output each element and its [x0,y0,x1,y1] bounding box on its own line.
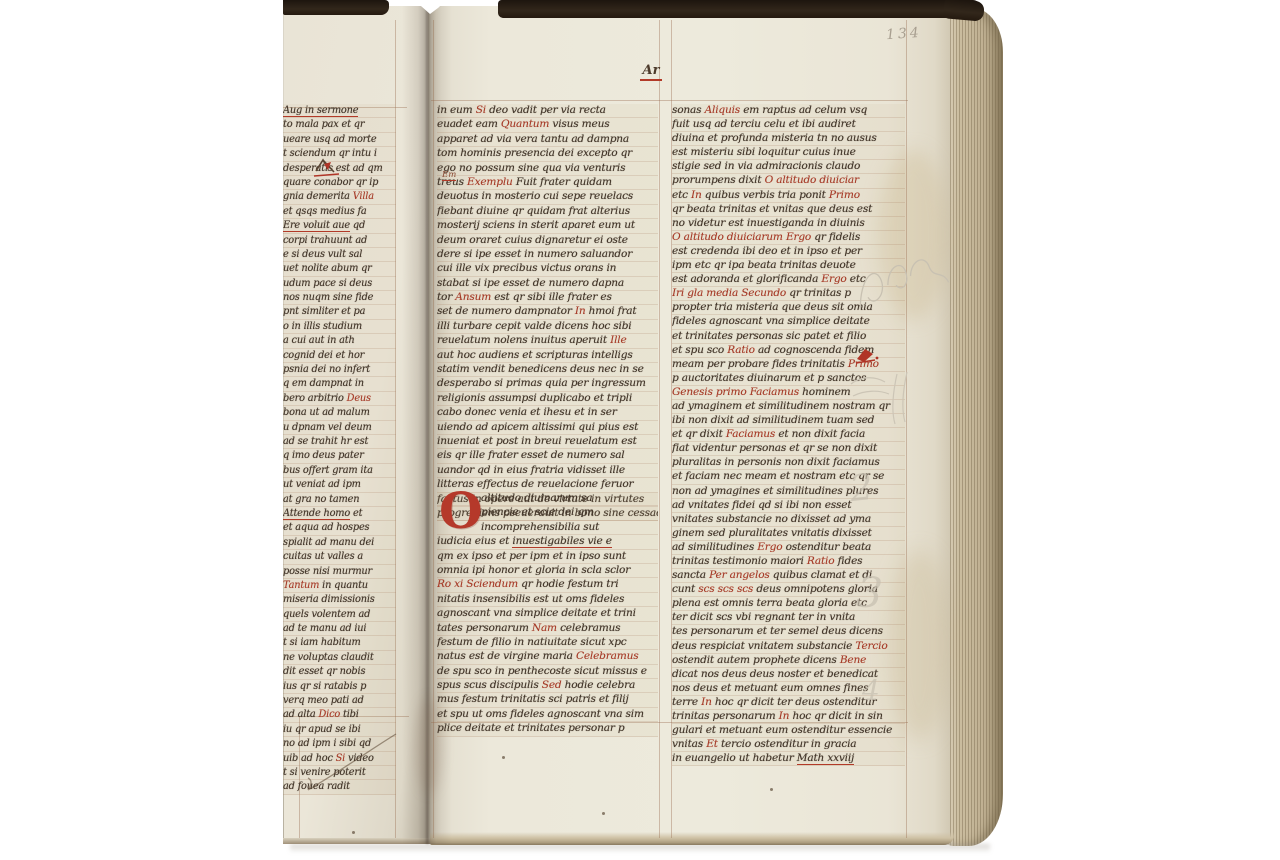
manuscript-text-line: Ro xi Sciendum qr hodie festum tri [437,578,658,592]
manuscript-text-line: deuotus in mosterio cui sepe reuelacs [437,190,658,204]
binding-cover-top-right [498,0,980,18]
manuscript-text-line: corpi trahuunt ad [283,234,396,248]
book-fore-edge [941,8,1003,846]
manuscript-text-line: treus Exemplu Fuit frater quidam [437,176,658,190]
binding-cover-corner [943,0,985,22]
manuscript-text-line: ad te manu ad iui [283,622,396,636]
verso-text-column: Aug in sermoneto mala pax et qrueare usq… [283,104,396,795]
manuscript-text-line: posse nisi murmur [283,565,396,579]
binding-cover-top-left [283,0,389,15]
manuscript-text-line: fuit usq ad terciu celu et ibi audiret [672,118,905,132]
manuscript-text-line: set de numero dampnator In hmoi frat [437,305,658,319]
manuscript-text-line: stabat si ipe esset de numero dapna [437,277,658,291]
manuscript-text-line: ego no possum sine qua via venturis [437,162,658,176]
manuscript-text-line: et aqua ad hospes [283,521,396,535]
manuscript-photo: Ar 134 Aug in sermoneto mala pax et qrue… [0,0,1280,860]
manuscript-text-line: tes personarum et ter semel deus dicens [672,625,905,639]
manuscript-text-line: to mala pax et qr [283,118,396,132]
verso-margin-paraph-icon [312,156,348,180]
manuscript-text-line: q em dampnat in [283,377,396,391]
manuscript-text-line: ius qr si ratabis p [283,680,396,694]
manuscript-text-line: agnoscant vna simplice deitate et trini [437,607,658,621]
manuscript-text-line: quels volentem ad [283,608,396,622]
manuscript-text-line: Ere voluit aue qd [283,219,396,233]
manuscript-text-line: ad alta Dico tibi [283,708,396,722]
manuscript-text-line: Aug in sermone [283,104,396,118]
manuscript-text-line: bero arbitrio Deus [283,392,396,406]
red-nota-mark-icon [854,346,880,368]
manuscript-text-line: tor Ansum est qr sibi ille frater es [437,291,658,305]
manuscript-text-line: natus est de virgine maria Celebramus [437,650,658,664]
manuscript-text-line: ne voluptas claudit [283,651,396,665]
manuscript-text-line: in euangelio ut habetur Math xxviij [672,752,905,766]
folio-number: 134 [885,25,922,43]
manuscript-text-line: sonas Aliquis em raptus ad celum vsq [672,104,905,118]
manuscript-text-line: mosterij sciens in sterit aparet eum ut [437,219,658,233]
manuscript-text-line: desperabo si primas quia per ingressum [437,377,658,391]
manuscript-text-line: at gra no tamen [283,493,396,507]
manuscript-text-line: reuelatum nolens inuitus aperuit Ille [437,334,658,348]
manuscript-text-line: mus festum trinitatis sci patris et fili… [437,693,658,707]
manuscript-text-line: et qsqs medius fa [283,205,396,219]
pencil-scribble-icon [845,366,919,428]
manuscript-text-line: cabo donec venia et ihesu et in ser [437,406,658,420]
manuscript-text-line: cognid dei et hor [283,349,396,363]
manuscript-text-line: spialit ad manu dei [283,536,396,550]
ink-speck [352,831,355,834]
manuscript-text-line: festum de filio in natiuitate sicut xpc [437,636,658,650]
manuscript-text-line: in eum Si deo vadit per via recta [437,104,658,118]
manuscript-text-line: tom hominis presencia dei excepto qr [437,147,658,161]
manuscript-text-line: verq meo pati ad [283,694,396,708]
manuscript-text-line: est misteriu sibi loquitur cuius inue [672,146,905,160]
book-bottom-shadow [290,844,990,853]
manuscript-text-line: no videtur est inuestiganda in diuinis [672,217,905,231]
manuscript-text-line: et spu ut oms fideles agnoscant vna sim [437,708,658,722]
manuscript-text-line: Tantum in quantu [283,579,396,593]
manuscript-text-line: nitatis insensibilis est ut oms fideles [437,593,658,607]
manuscript-text-line: et trinitates personas sic patet et fili… [672,330,905,344]
manuscript-text-line: t si iam habitum [283,636,396,650]
manuscript-text-line: pnt simliter et pa [283,305,396,319]
manuscript-text-line: de spu sco in penthecoste sicut missus e [437,665,658,679]
manuscript-text-line: fiat videntur personas et qr se non dixi… [672,442,905,456]
manuscript-text-line: euadet eam Quantum visus meus [437,118,658,132]
manuscript-text-line: uiendo ad apicem altissimi qui pius est [437,421,658,435]
manuscript-text-line: ostendit autem prophete dicens Bene [672,654,905,668]
recto-column-1-initial-block: O altitudo diuinarum sapiencie et scie d… [437,492,658,737]
ruling-line [431,100,908,101]
manuscript-text-line: u dpnam vel deum [283,421,396,435]
pen-flourish-icon [300,730,400,800]
manuscript-text-line: illi turbare cepit valde dicens hoc sibi [437,320,658,334]
manuscript-text-line: qr beata trinitas et vnitas que deus est [672,203,905,217]
ink-speck [770,788,773,791]
recto-column-1-upper: in eum Si deo vadit per via rectaeuadet … [437,104,658,521]
ink-speck [602,812,605,815]
manuscript-text-line: ut veniat ad ipm [283,478,396,492]
manuscript-text-line: bus offert gram ita [283,464,396,478]
manuscript-text-line: udum pace si deus [283,277,396,291]
running-header-text: Ar [640,63,663,81]
manuscript-text-line: aut hoc audiens et scripturas intelligs [437,349,658,363]
manuscript-text-line: dere si ipe esset in numero saluandor [437,248,658,262]
manuscript-text-line: uandor qd in eius fratria vidisset ille [437,464,658,478]
manuscript-text-line: a cui aut in ath [283,334,396,348]
manuscript-text-line: nos nuqm sine fide [283,291,396,305]
manuscript-text-line: trinitas testimonio maiori Ratio fides [672,555,905,569]
manuscript-text-line: tates personarum Nam celebramus [437,622,658,636]
manuscript-text-line: omnia ipi honor et gloria in scla sclor [437,564,658,578]
manuscript-text-line: inueniat et post in breui reuelatum est [437,435,658,449]
ruling-line [659,20,660,838]
manuscript-text-line: prorumpens dixit O altitudo diuiciar [672,174,905,188]
manuscript-text-line: deum oraret cuius dignaretur ei oste [437,234,658,248]
manuscript-text-line: O altitudo diuiciarum Ergo qr fidelis [672,231,905,245]
ruling-line [906,20,907,838]
margin-note-em: Em [442,170,456,181]
rubricated-initial-O: O [439,488,479,534]
manuscript-text-line: deus respiciat vnitatem substancie Terci… [672,640,905,654]
manuscript-text-line: ad similitudines Ergo ostenditur beata [672,541,905,555]
manuscript-text-line: Attende homo et [283,507,396,521]
manuscript-text-line: miseria dimissionis [283,593,396,607]
manuscript-text-line: cui ille vix precibus victus orans in [437,262,658,276]
manuscript-text-line: etc In quibus verbis tria ponit Primo [672,189,905,203]
manuscript-text-line: et qr dixit Faciamus et non dixit facia [672,428,905,442]
manuscript-text-line: plice deitate et trinitates personar p [437,722,658,736]
manuscript-text-line: eis qr ille frater esset de numero sal [437,449,658,463]
manuscript-text-line: cuitas ut valles a [283,550,396,564]
manuscript-text-line: qm ex ipso et per ipm et in ipso sunt [437,550,658,564]
margin-pencil-number: 4 [862,674,880,707]
manuscript-text-line: spus scus discipulis Sed hodie celebra [437,679,658,693]
manuscript-text-line: vnitates substancie no dixisset ad yma [672,513,905,527]
manuscript-text-line: gnia demerita Villa [283,190,396,204]
manuscript-text-line: uet nolite abum qr [283,262,396,276]
manuscript-text-line: o in illis studium [283,320,396,334]
manuscript-text-line: apparet ad via vera tantu ad dampna [437,133,658,147]
manuscript-text-line: statim vendit benedicens deus nec in se [437,363,658,377]
manuscript-text-line: q imo deus pater [283,449,396,463]
manuscript-text-line: dit esset qr nobis [283,665,396,679]
ink-speck [502,756,505,759]
manuscript-text-line: stigie sed in via admiracionis claudo [672,160,905,174]
manuscript-text-line: trinitas personarum In hoc qr dicit in s… [672,710,905,724]
manuscript-text-line: religionis assumpsi duplicabo et tripli [437,392,658,406]
manuscript-text-line: diuina et profunda misteria tn no ausus [672,132,905,146]
margin-pencil-number: 2 [848,467,875,510]
recto-column-2: sonas Aliquis em raptus ad celum vsqfuit… [672,104,905,766]
running-header: Ar [626,63,676,78]
manuscript-text-line: ad se trahit hr est [283,435,396,449]
margin-pencil-number: 3 [855,567,884,617]
manuscript-text-line: e si deus vult sal [283,248,396,262]
manuscript-text-line: ueare usq ad morte [283,133,396,147]
manuscript-text-line: psnia dei no infert [283,363,396,377]
manuscript-text-line: fiebant diuine qr quidam frat alterius [437,205,658,219]
manuscript-text-line: gulari et metuant eum ostenditur essenci… [672,724,905,738]
manuscript-text-line: ginem sed pluralitates vnitatis dixisset [672,527,905,541]
manuscript-text-line: bona ut ad malum [283,406,396,420]
ruling-line [433,20,434,838]
manuscript-text-line: vnitas Et tercio ostenditur in gracia [672,738,905,752]
